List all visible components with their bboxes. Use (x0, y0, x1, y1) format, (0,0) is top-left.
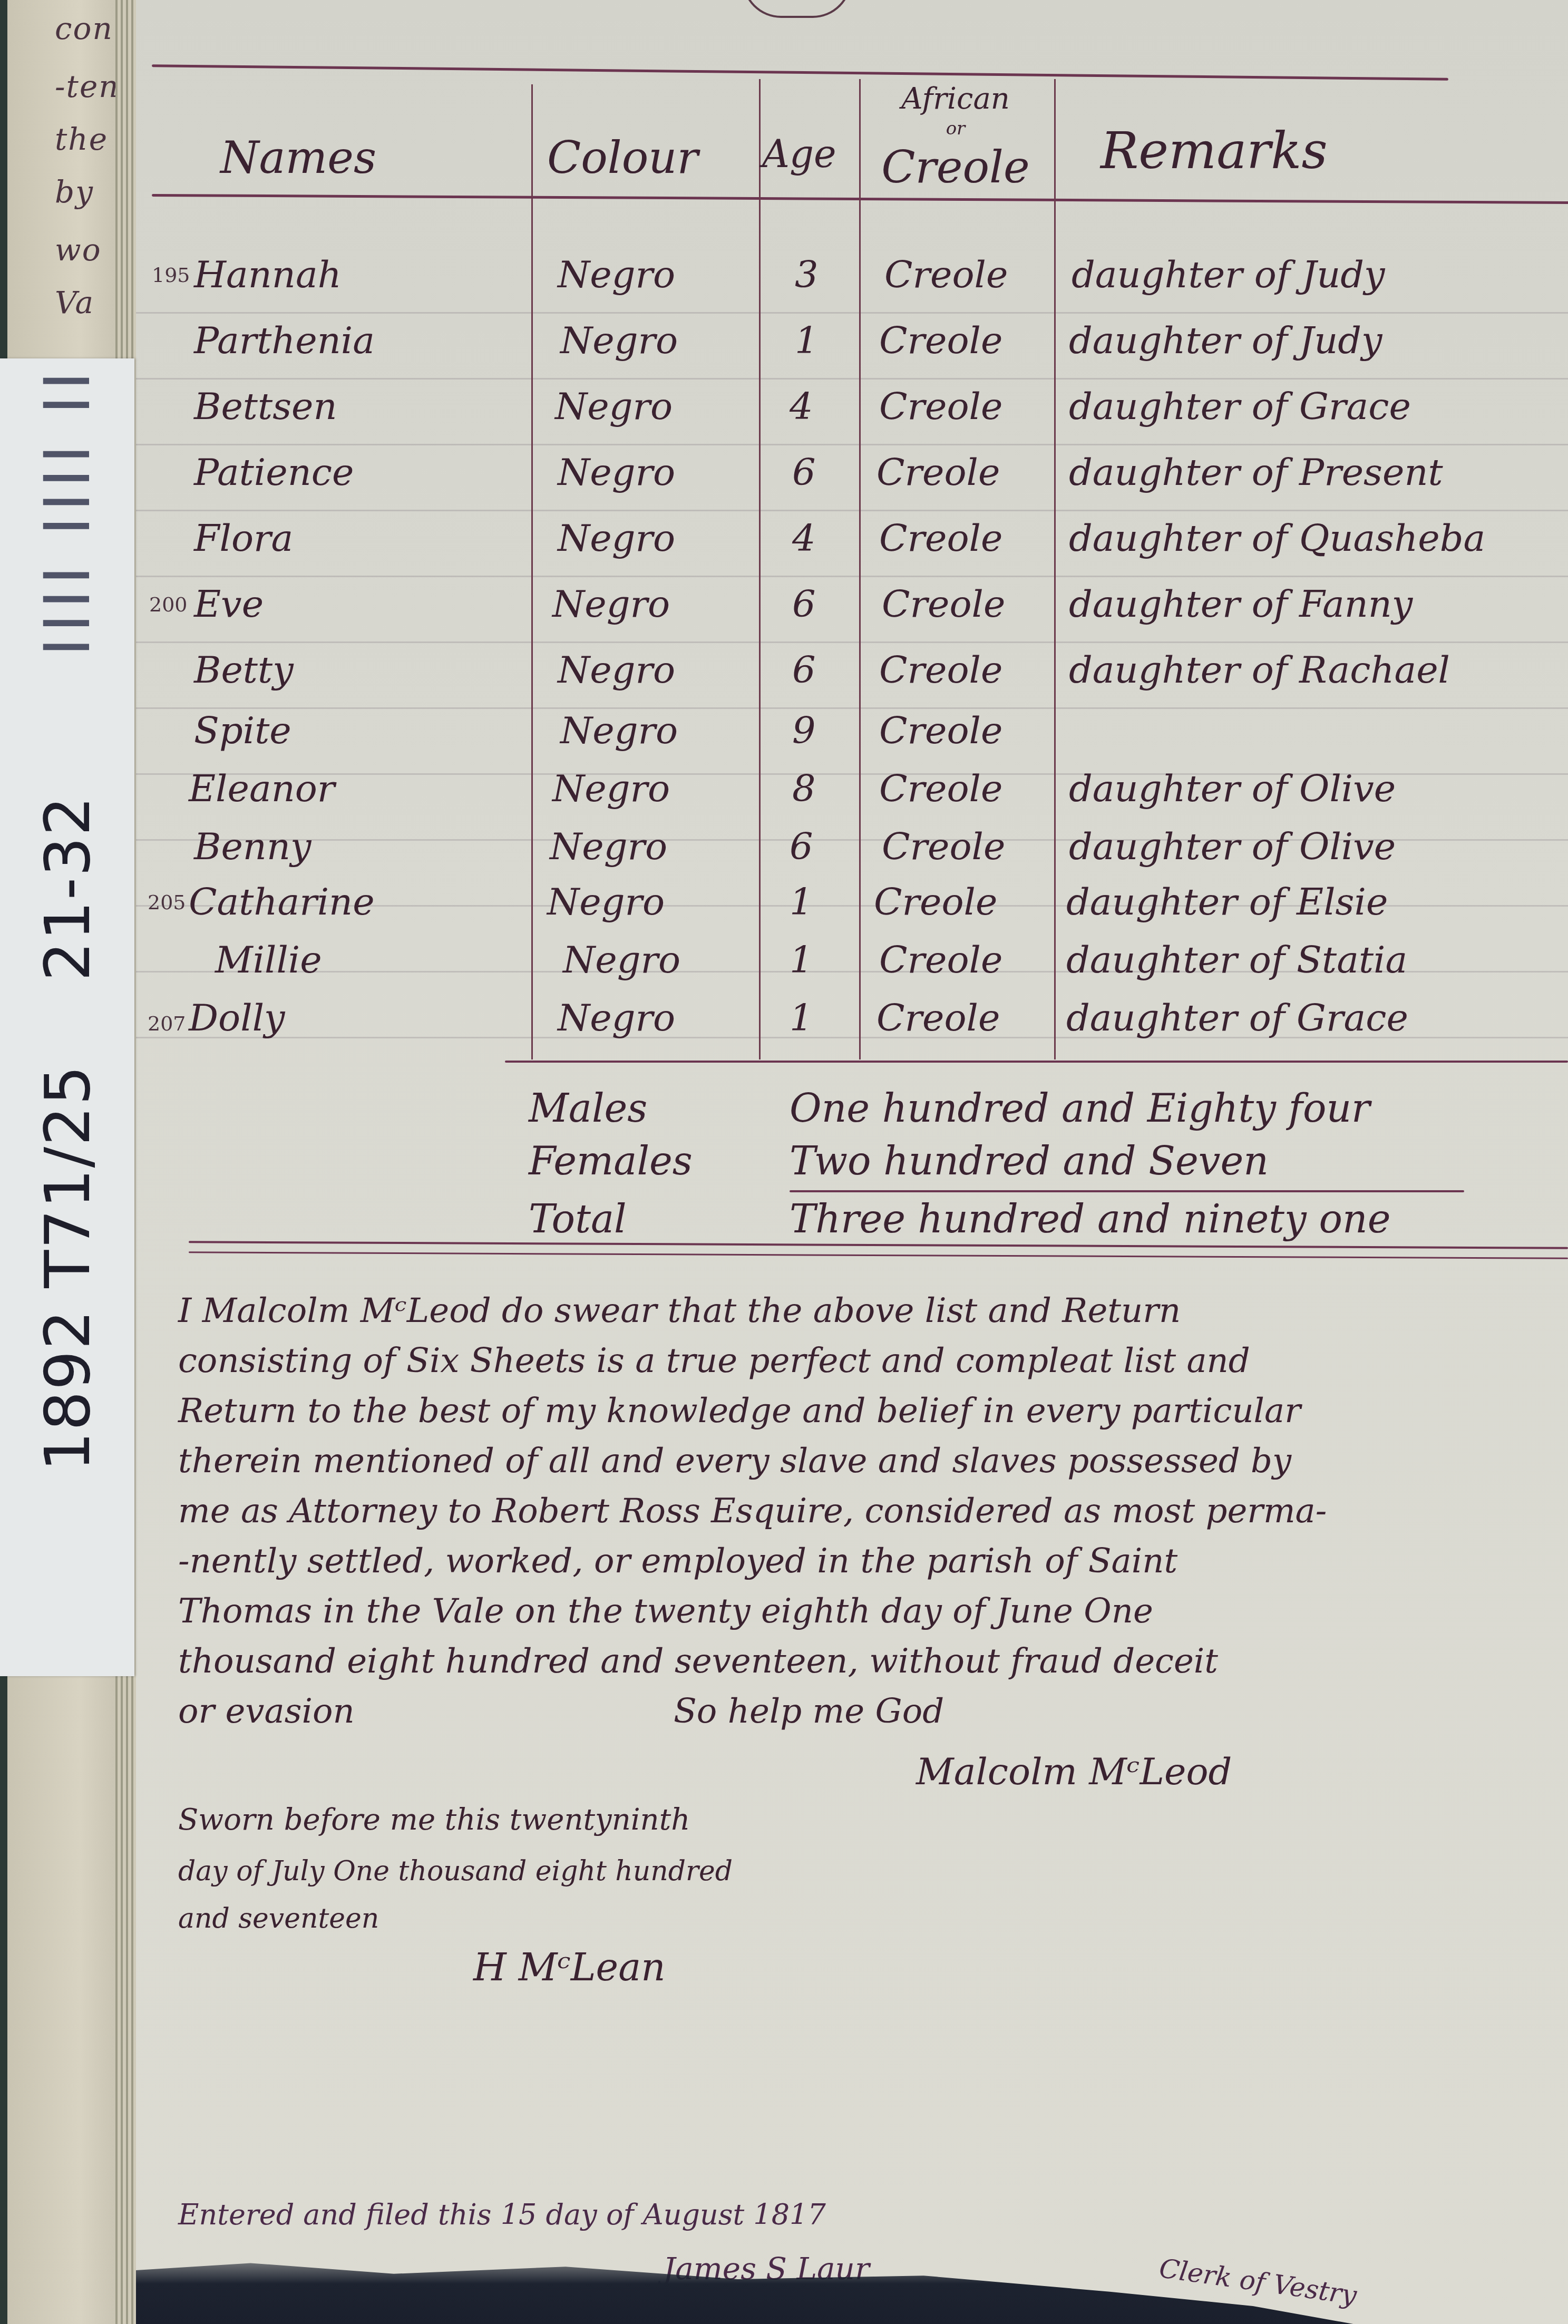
cell-remarks: daughter of Statia (1066, 938, 1407, 981)
cell-age: 6 (792, 582, 816, 626)
cell-age: 1 (795, 319, 819, 362)
totals-total-value: Three hundred and ninety one (790, 1197, 1390, 1242)
entry-line: Entered and filed this 15 day of August … (178, 2198, 826, 2231)
cell-age: 1 (790, 880, 813, 923)
cell-colour: Negro (552, 582, 670, 626)
cell-colour: Negro (547, 880, 665, 923)
cell-origin: Creole (876, 451, 1000, 494)
archive-label: IIII IIII II 1892 T71/25 21-32 (0, 358, 134, 1676)
cell-origin: Creole (879, 517, 1002, 560)
cell-name: Patience (194, 451, 354, 494)
cell-name: Millie (215, 938, 322, 981)
cell-origin: Creole (876, 996, 1000, 1039)
affidavit-line: Return to the best of my knowledge and b… (178, 1392, 1301, 1431)
table-row: 207 Dolly Negro 1 Creole daughter of Gra… (136, 996, 1568, 1062)
sworn-line: Sworn before me this twentyninth (178, 1803, 690, 1837)
cell-origin: Creole (879, 385, 1002, 428)
cell-age: 1 (790, 938, 813, 981)
affidavit-line: therein mentioned of all and every slave… (178, 1442, 1291, 1481)
section-rule (189, 1241, 1568, 1249)
header-top-rule (152, 64, 1448, 81)
header-remarks: Remarks (1100, 121, 1328, 180)
cell-age: 4 (790, 385, 813, 428)
cell-name: Benny (194, 825, 311, 868)
cell-remarks: daughter of Quasheba (1069, 517, 1485, 560)
cell-remarks: daughter of Elsie (1066, 880, 1388, 923)
cell-origin: Creole (882, 582, 1005, 626)
table-row: Millie Negro 1 Creole daughter of Statia (136, 938, 1568, 1004)
table-row: 195 Hannah Negro 3 Creole daughter of Ju… (136, 253, 1568, 318)
affidavit-line: consisting of Six Sheets is a true perfe… (178, 1341, 1250, 1380)
header-colour: Colour (547, 132, 698, 183)
affidavit-closing: So help me God (674, 1692, 944, 1731)
cell-remarks: daughter of Olive (1069, 767, 1396, 810)
cell-colour: Negro (550, 825, 667, 868)
cell-colour: Negro (558, 451, 675, 494)
cell-age: 9 (792, 709, 816, 752)
sworn-line: and seventeen (178, 1903, 379, 1934)
cell-remarks: daughter of Rachael (1069, 648, 1450, 692)
cell-name: Hannah (194, 253, 342, 296)
cell-remarks: daughter of Present (1069, 451, 1443, 494)
cell-origin: Creole (884, 253, 1008, 296)
cell-age: 4 (792, 517, 816, 560)
header-origin-or: or (869, 114, 1043, 143)
affidavit-line: or evasion (178, 1692, 355, 1731)
table-row: Betty Negro 6 Creole daughter of Rachael (136, 648, 1568, 714)
header-age: Age (762, 132, 836, 176)
register-page: 32 Names Colour Age African or Creole Re… (136, 0, 1568, 2324)
cell-age: 3 (795, 253, 819, 296)
cell-remarks: daughter of Olive (1069, 825, 1396, 868)
cell-name: Spite (194, 709, 291, 752)
cell-remarks: daughter of Fanny (1069, 582, 1413, 626)
cell-name: Betty (194, 648, 294, 692)
cell-colour: Negro (552, 767, 670, 810)
table-bottom-rule (505, 1061, 1568, 1063)
affidavit-signature: Malcolm MᶜLeod (916, 1750, 1232, 1793)
cell-age: 6 (792, 451, 816, 494)
cell-origin: Creole (879, 709, 1002, 752)
archive-reference-code: 1892 T71/25 (31, 1064, 104, 1471)
fragment: con (55, 11, 113, 46)
row-number: 205 (148, 891, 186, 914)
cell-origin: Creole (879, 319, 1002, 362)
row-number: 207 (148, 1012, 186, 1035)
header-names: Names (220, 132, 376, 183)
archive-reference: 1892 T71/25 21-32 (31, 795, 104, 1472)
totals-males-value: One hundred and Eighty four (790, 1086, 1370, 1131)
cell-origin: Creole (879, 938, 1002, 981)
cell-colour: Negro (560, 709, 678, 752)
affidavit-line: I Malcolm MᶜLeod do swear that the above… (178, 1291, 1181, 1330)
cell-age: 6 (790, 825, 813, 868)
clerk-signature: James S Laur (663, 2251, 870, 2287)
header-origin-african: African (869, 84, 1043, 114)
cell-colour: Negro (558, 517, 675, 560)
cell-remarks: daughter of Judy (1072, 253, 1385, 296)
sworn-line: day of July One thousand eight hundred (178, 1855, 733, 1887)
cell-colour: Negro (558, 253, 675, 296)
affidavit-line: me as Attorney to Robert Ross Esquire, c… (178, 1492, 1327, 1531)
cell-age: 1 (790, 996, 813, 1039)
header-origin-creole: Creole (869, 143, 1043, 191)
cell-age: 6 (792, 648, 816, 692)
totals-females-value: Two hundred and Seven (790, 1139, 1269, 1184)
cell-name: Parthenia (194, 319, 375, 362)
table-row: Flora Negro 4 Creole daughter of Quasheb… (136, 517, 1568, 582)
fragment: by (55, 174, 94, 210)
totals-total-label: Total (529, 1197, 627, 1242)
cell-name: Bettsen (194, 385, 337, 428)
section-rule (189, 1251, 1568, 1259)
table-row: Parthenia Negro 1 Creole daughter of Jud… (136, 319, 1568, 384)
table-row: Patience Negro 6 Creole daughter of Pres… (136, 451, 1568, 516)
cell-colour: Negro (558, 648, 675, 692)
cell-name: Eve (194, 582, 264, 626)
cell-name: Dolly (189, 996, 285, 1039)
row-number: 200 (149, 593, 188, 616)
fragment: -ten (55, 69, 120, 104)
cell-origin: Creole (879, 767, 1002, 810)
totals-males-label: Males (529, 1086, 647, 1131)
totals-underline (790, 1190, 1464, 1192)
tally-marks: IIII IIII II (31, 366, 104, 656)
table-row: 200 Eve Negro 6 Creole daughter of Fanny (136, 582, 1568, 648)
cell-remarks: daughter of Judy (1069, 319, 1382, 362)
cell-name: Flora (194, 517, 293, 560)
cell-origin: Creole (879, 648, 1002, 692)
cell-remarks: daughter of Grace (1066, 996, 1408, 1039)
header-origin: African or Creole (869, 84, 1043, 191)
clerk-title: Clerk of Vestry (1157, 2253, 1359, 2311)
cell-name: Catharine (189, 880, 375, 923)
table-row: Spite Negro 9 Creole (136, 709, 1568, 774)
page-number: 32 (742, 0, 852, 18)
archive-page-range: 21-32 (31, 795, 104, 981)
totals-females-label: Females (529, 1139, 693, 1184)
cell-colour: Negro (560, 319, 678, 362)
cell-name: Eleanor (189, 767, 335, 810)
fragment: wo (55, 232, 102, 268)
fragment: the (55, 121, 108, 157)
affidavit-line: -nently settled, worked, or employed in … (178, 1542, 1177, 1581)
table-row: Eleanor Negro 8 Creole daughter of Olive (136, 767, 1568, 832)
cell-colour: Negro (563, 938, 680, 981)
cell-remarks: daughter of Grace (1069, 385, 1411, 428)
cell-origin: Creole (874, 880, 997, 923)
sworn-signature: H MᶜLean (473, 1945, 666, 1989)
affidavit-line: Thomas in the Vale on the twenty eighth … (178, 1592, 1153, 1631)
row-number: 195 (152, 264, 190, 287)
table-row: Bettsen Negro 4 Creole daughter of Grace (136, 385, 1568, 450)
table-row: 205 Catharine Negro 1 Creole daughter of… (136, 880, 1568, 946)
cell-origin: Creole (882, 825, 1005, 868)
affidavit-line: thousand eight hundred and seventeen, wi… (178, 1642, 1218, 1681)
cell-age: 8 (792, 767, 816, 810)
cell-colour: Negro (555, 385, 673, 428)
cell-colour: Negro (558, 996, 675, 1039)
fragment: Va (55, 285, 94, 320)
